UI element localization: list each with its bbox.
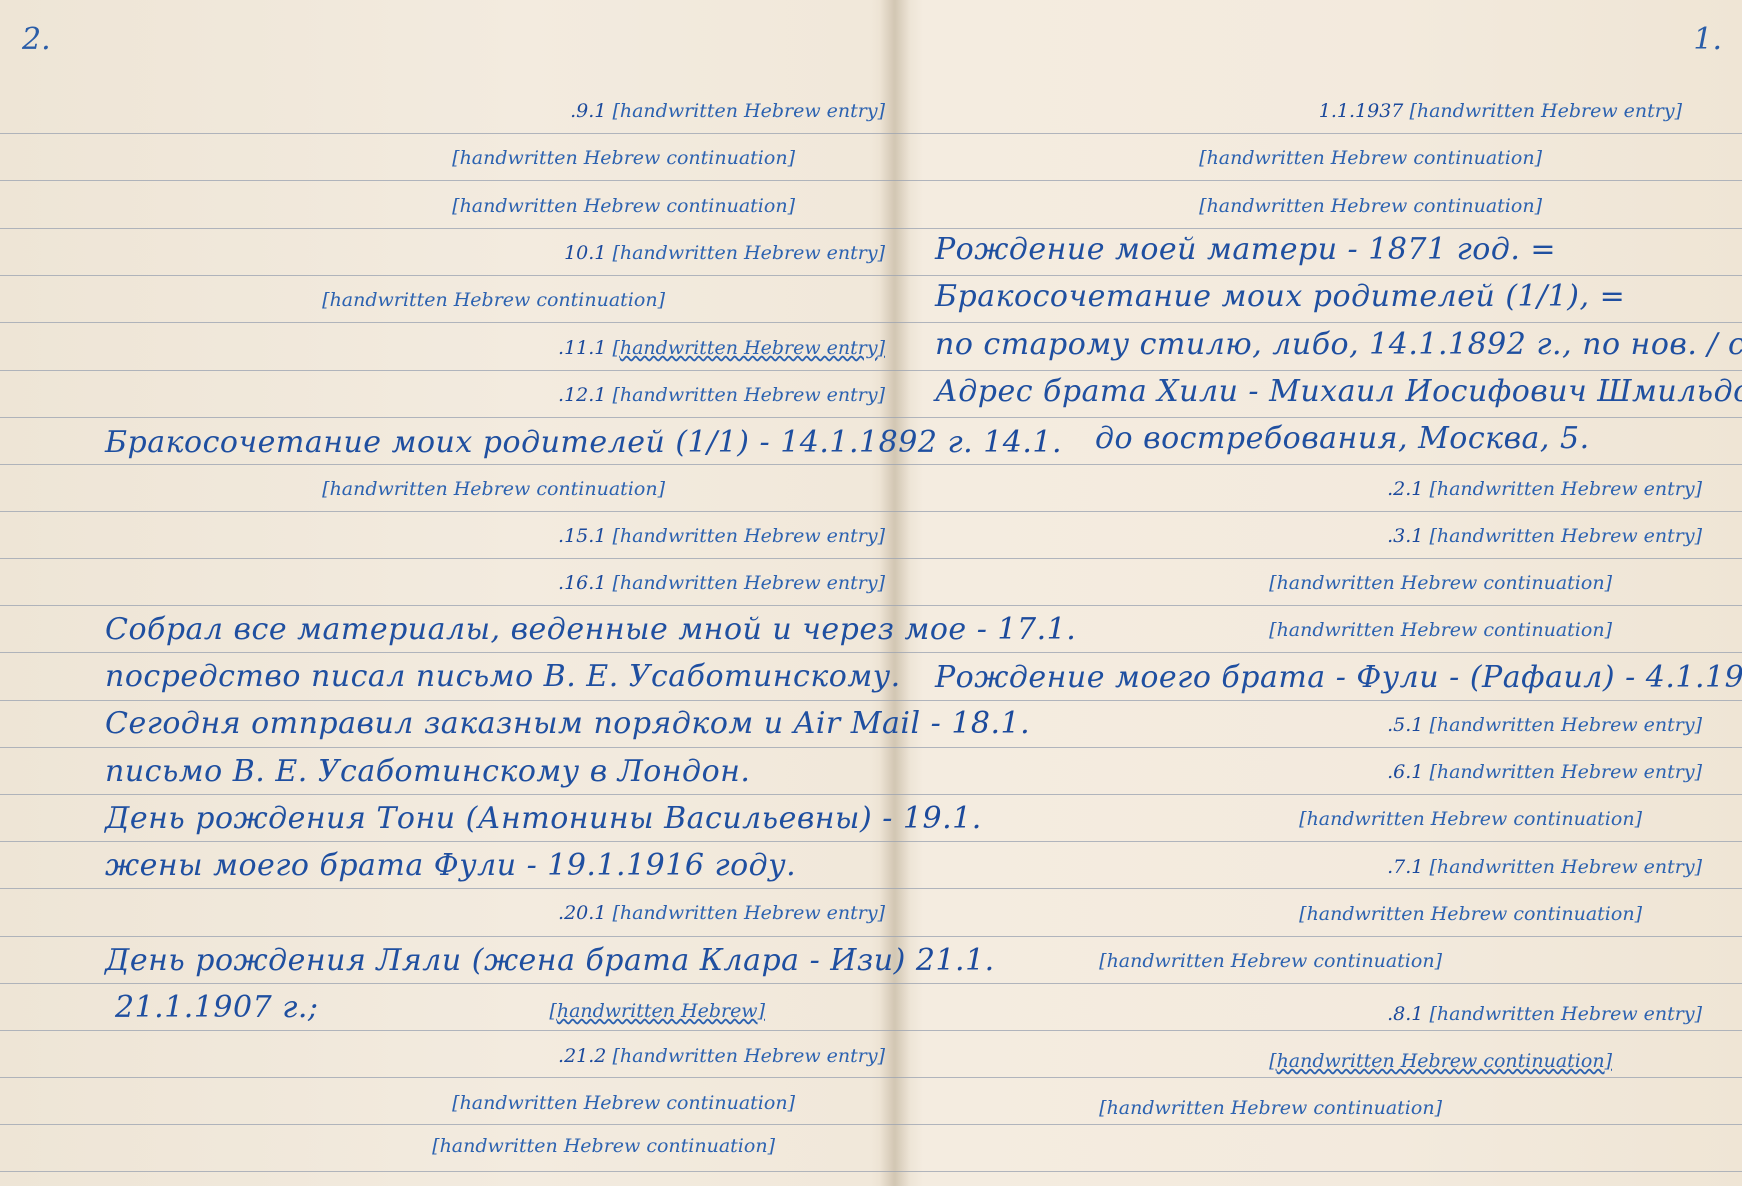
diary-entry-russian: Сегодня отправил заказным порядком и Air… — [105, 706, 1030, 741]
diary-entry-russian: посредство писал письмо В. Е. Усаботинск… — [105, 659, 901, 694]
diary-entry: [handwritten Hebrew continuation] — [265, 289, 665, 311]
diary-entry-russian: до востребования, Москва, 5. — [1095, 421, 1590, 456]
diary-entry: [handwritten Hebrew entry] 9.1. — [105, 100, 885, 122]
diary-entry: [handwritten Hebrew continuation] — [95, 1092, 795, 1114]
diary-entry: [handwritten Hebrew continuation] — [175, 1135, 775, 1157]
diary-entry: [handwritten Hebrew entry] 12.1. — [105, 384, 885, 406]
diary-entry-russian: Бракосочетание моих родителей (1/1), = — [935, 279, 1625, 314]
diary-entry: [handwritten Hebrew entry] 8.1. — [1002, 1003, 1702, 1025]
diary-entry-russian: письмо В. Е. Усаботинскому в Лондон. — [105, 754, 750, 789]
diary-entry-russian: Рождение моего брата - Фули - (Рафаил) -… — [935, 660, 1742, 695]
diary-entry: [handwritten Hebrew continuation] — [942, 147, 1542, 169]
left-page: 2. [handwritten Hebrew entry] 9.1. [hand… — [0, 0, 895, 1186]
right-page: 1. [handwritten Hebrew entry] 1.1.1937 [… — [895, 0, 1742, 1186]
diary-entry: [handwritten Hebrew continuation] — [942, 195, 1542, 217]
diary-entry: [handwritten Hebrew continuation] — [942, 950, 1442, 972]
diary-entry: [handwritten Hebrew entry] 2.1. — [1102, 478, 1702, 500]
diary-entry: [handwritten Hebrew continuation] — [942, 1097, 1442, 1119]
diary-entry: [handwritten Hebrew continuation] — [265, 478, 665, 500]
page-number: 2. — [22, 22, 51, 57]
diary-entry: [handwritten Hebrew continuation] — [932, 1050, 1612, 1072]
diary-entry: [handwritten Hebrew entry] 10.1 — [105, 242, 885, 264]
diary-entry: [handwritten Hebrew] — [415, 1000, 765, 1022]
diary-entry: [handwritten Hebrew entry] 21.2. — [105, 1045, 885, 1067]
diary-entry-russian: Адрес брата Хили - Михаил Иосифович Шмил… — [935, 374, 1742, 409]
page-number: 1. — [1693, 22, 1722, 57]
diary-entry-russian: День рождения Ляли (жена брата Клара - И… — [105, 943, 995, 978]
diary-entry: [handwritten Hebrew entry] 11.1. — [365, 337, 885, 359]
diary-entry: [handwritten Hebrew continuation] — [932, 619, 1612, 641]
diary-entry: [handwritten Hebrew entry] 1.1.1937 — [922, 100, 1682, 122]
diary-entry: [handwritten Hebrew continuation] — [95, 147, 795, 169]
diary-entry-russian: 21.1.1907 г.; — [115, 990, 319, 1025]
diary-entry: [handwritten Hebrew continuation] — [922, 808, 1642, 830]
diary-entry: [handwritten Hebrew entry] 5.1. — [1102, 714, 1702, 736]
diary-entry-russian: по старому стилю, либо, 14.1.1892 г., по… — [935, 327, 1742, 362]
diary-entry: [handwritten Hebrew entry] 20.1. — [385, 902, 885, 924]
diary-entry: [handwritten Hebrew entry] 7.1. — [922, 856, 1702, 878]
diary-entry: [handwritten Hebrew entry] 6.1. — [922, 761, 1702, 783]
diary-entry: [handwritten Hebrew entry] 16.1. — [105, 572, 885, 594]
diary-entry-russian: Рождение моей матери - 1871 год. = — [935, 232, 1556, 267]
diary-entry: [handwritten Hebrew entry] 15.1. — [265, 525, 885, 547]
diary-entry-russian: День рождения Тони (Антонины Васильевны)… — [105, 801, 982, 836]
diary-entry-russian: жены моего брата Фули - 19.1.1916 году. — [105, 848, 796, 883]
diary-entry: [handwritten Hebrew entry] 3.1. — [922, 525, 1702, 547]
notebook-spread: 2. [handwritten Hebrew entry] 9.1. [hand… — [0, 0, 1742, 1186]
diary-entry: [handwritten Hebrew continuation] — [95, 195, 795, 217]
diary-entry: [handwritten Hebrew continuation] — [922, 903, 1642, 925]
diary-entry: [handwritten Hebrew continuation] — [932, 572, 1612, 594]
